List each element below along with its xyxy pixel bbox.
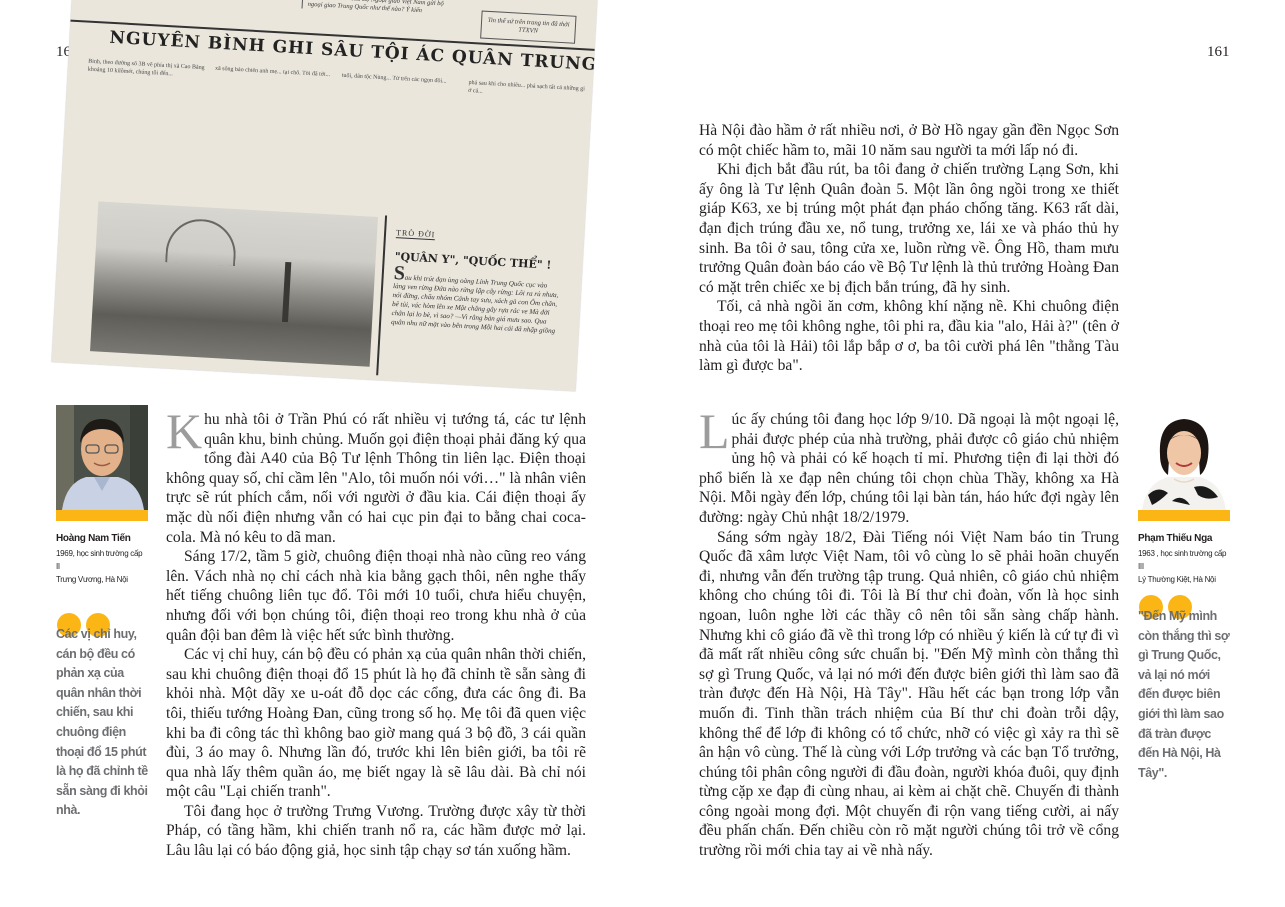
clipping-column: phá sau khi cho nhiều... phá sạch tất cả…: [460, 80, 587, 236]
clipping-column: xã sống bảo chiến anh mẹ... tại chỗ. Tôi…: [207, 66, 334, 222]
author-portrait: [1138, 405, 1230, 510]
pull-quote-text: Các vị chỉ huy, cán bộ đều có phản xạ củ…: [56, 625, 151, 821]
article-paragraph: Tối, cả nhà ngồi ăn cơm, không khí nặng …: [699, 297, 1119, 375]
author-info-line: Lý Thường Kiệt, Hà Nội: [1138, 573, 1230, 586]
pull-quote-left: Các vị chỉ huy, cán bộ đều có phản xạ củ…: [56, 613, 151, 821]
dropcap: K: [166, 412, 202, 450]
portrait-woman-icon: [1138, 405, 1230, 510]
author-info-line: 1969, học sinh trường cấp II: [56, 547, 148, 573]
article-paragraph: Khi địch bắt đầu rút, ba tôi đang ở chiế…: [699, 160, 1119, 297]
article-right: Lúc ấy chúng tôi đang học lớp 9/10. Dã n…: [699, 410, 1119, 861]
newspaper-clipping: ...mọi cấp đi liền trong việc thực hiện …: [51, 0, 597, 391]
author-name: Phạm Thiếu Nga: [1138, 533, 1230, 544]
clipping-sidebar: TRÒ ĐỜI "QUÂN Y", "QUỐC THỂ" ! Sau khi t…: [376, 215, 575, 385]
article-paragraph: Khu nhà tôi ở Trần Phú có rất nhiều vị t…: [166, 410, 586, 547]
article-paragraph: Hà Nội đào hầm ở rất nhiều nơi, ở Bờ Hồ …: [699, 121, 1119, 160]
clipping-top-box-3: Tin thế sứ trên trang tin đã thời TTXVN: [480, 11, 576, 44]
article-paragraph: Các vị chỉ huy, cán bộ đều có phản xạ củ…: [166, 645, 586, 802]
clipping-sidebar-title: "QUÂN Y", "QUỐC THỂ" !: [394, 250, 562, 272]
clipping-column: Bình, theo đường số 3B về phía thị xã Ca…: [80, 59, 207, 215]
clipping-photo-ruins: [90, 201, 378, 366]
burnt-tree: [282, 262, 291, 322]
clipping-sidebar-label: TRÒ ĐỜI: [396, 228, 436, 240]
page-number-right: 161: [1207, 44, 1230, 61]
clipping-top-box-2: Vậy sự trả lời của phía Trung Quốc đối v…: [302, 0, 453, 17]
paragraph-text: hu nhà tôi ở Trần Phú có rất nhiều vị tư…: [166, 411, 586, 546]
poem-text: au khi trút đạn ùng oàng Lính Trung Quốc…: [391, 274, 559, 335]
author-name: Hoàng Nam Tiến: [56, 533, 148, 544]
article-paragraph: Sáng sớm ngày 18/2, Đài Tiếng nói Việt N…: [699, 528, 1119, 861]
author-info-line: 1963 , học sinh trường cấp III: [1138, 547, 1230, 573]
article-left: Khu nhà tôi ở Trần Phú có rất nhiều vị t…: [166, 410, 586, 861]
dropcap: L: [699, 412, 730, 450]
pull-quote-right: "Đến Mỹ mình còn thắng thì sợ gì Trung Q…: [1138, 595, 1233, 783]
article-paragraph: Lúc ấy chúng tôi đang học lớp 9/10. Dã n…: [699, 410, 1119, 528]
clipping-poem: Sau khi trút đạn ùng oàng Lính Trung Quố…: [391, 269, 562, 336]
article-continued: Hà Nội đào hầm ở rất nhiều nơi, ở Bờ Hồ …: [699, 121, 1119, 376]
author-accent-bar: [1138, 510, 1230, 521]
paragraph-text: úc ấy chúng tôi đang học lớp 9/10. Dã ng…: [699, 411, 1119, 526]
portrait-man-icon: [56, 405, 148, 510]
clipping-top-box-1: ...mọi cấp đi liền trong việc thực hiện …: [102, 0, 283, 3]
author-info-line: Trưng Vương, Hà Nội: [56, 573, 148, 586]
clipping-column: tuổi, dân tộc Nùng... Từ trên các ngọn đ…: [334, 73, 461, 229]
author-info: 1969, học sinh trường cấp II Trưng Vương…: [56, 547, 148, 586]
author-info: 1963 , học sinh trường cấp III Lý Thường…: [1138, 547, 1230, 586]
author-portrait: [56, 405, 148, 510]
article-paragraph: Tôi đang học ở trường Trưng Vương. Trườn…: [166, 802, 586, 861]
author-card-right: Phạm Thiếu Nga 1963 , học sinh trường cấ…: [1138, 405, 1230, 586]
author-card-left: Hoàng Nam Tiến 1969, học sinh trường cấp…: [56, 405, 148, 586]
ruin-structure: [165, 217, 237, 266]
pull-quote-text: "Đến Mỹ mình còn thắng thì sợ gì Trung Q…: [1138, 607, 1233, 783]
article-paragraph: Sáng 17/2, tầm 5 giờ, chuông điện thoại …: [166, 547, 586, 645]
author-accent-bar: [56, 510, 148, 521]
